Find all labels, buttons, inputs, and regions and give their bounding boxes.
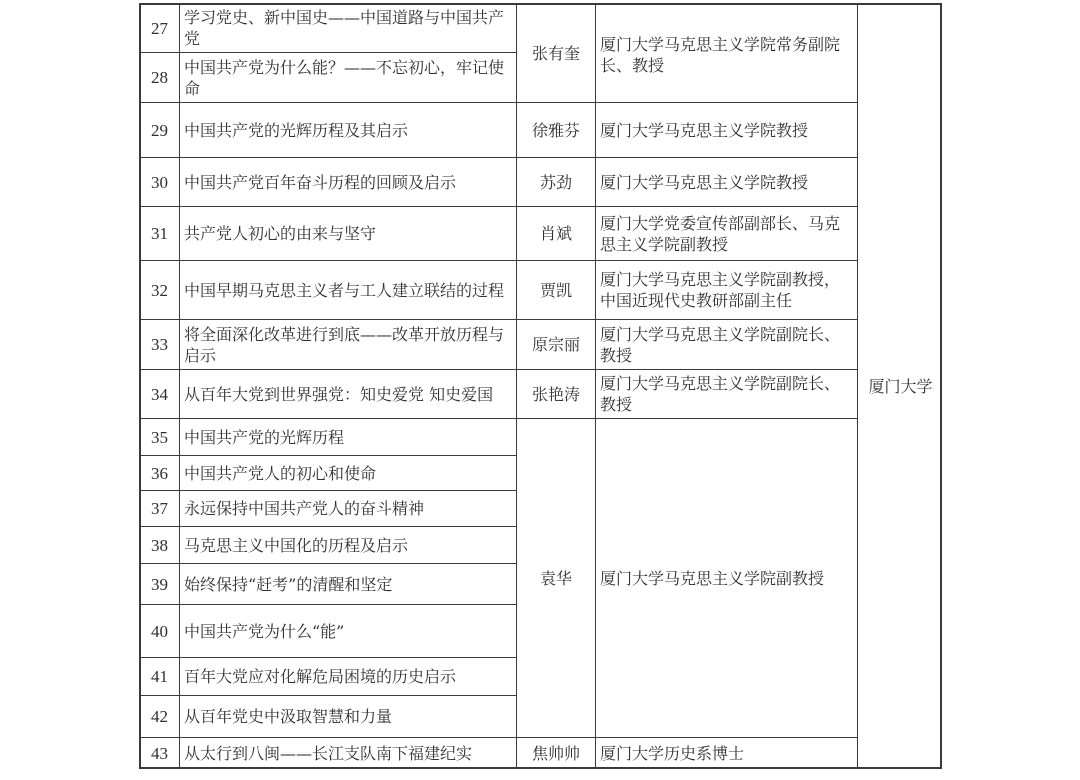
row-number-text: 28 bbox=[151, 67, 168, 88]
speaker-name-text: 徐雅芬 bbox=[532, 120, 580, 141]
speaker-name-xiao-bin: 肖斌 bbox=[516, 206, 596, 261]
row-number-text: 27 bbox=[151, 18, 168, 39]
speaker-affiliation-yuan-zongli: 厦门大学马克思主义学院副院长、教授 bbox=[595, 319, 858, 370]
affiliation-text: 厦门大学马克思主义学院副院长、教授 bbox=[600, 373, 853, 415]
lecture-title-text: 中国共产党人的初心和使命 bbox=[184, 463, 376, 484]
lecture-title-37: 永远保持中国共产党人的奋斗精神 bbox=[179, 490, 517, 527]
lecture-title-text: 中国共产党百年奋斗历程的回顾及启示 bbox=[184, 172, 456, 193]
lecture-title-text: 将全面深化改革进行到底——改革开放历程与启示 bbox=[184, 324, 512, 366]
speaker-affiliation-su-jin: 厦门大学马克思主义学院教授 bbox=[595, 157, 858, 207]
lecture-title-43: 从太行到八闽——长江支队南下福建纪实 bbox=[179, 737, 517, 769]
speaker-name-zhang-youkui: 张有奎 bbox=[516, 3, 596, 103]
row-number-34: 34 bbox=[139, 369, 180, 419]
row-number-text: 37 bbox=[151, 498, 168, 519]
lecture-title-text: 中国共产党的光辉历程及其启示 bbox=[184, 120, 408, 141]
lecture-title-text: 中国早期马克思主义者与工人建立联结的过程 bbox=[184, 280, 504, 301]
lecture-title-29: 中国共产党的光辉历程及其启示 bbox=[179, 102, 517, 158]
affiliation-text: 厦门大学马克思主义学院副教授，中国近现代史教研部副主任 bbox=[600, 269, 853, 311]
lecture-title-39: 始终保持“赶考”的清醒和坚定 bbox=[179, 563, 517, 605]
row-number-text: 32 bbox=[151, 280, 168, 301]
lecture-title-text: 从太行到八闽——长江支队南下福建纪实 bbox=[184, 743, 472, 764]
row-number-40: 40 bbox=[139, 604, 180, 658]
lecture-title-27: 学习党史、新中国史——中国道路与中国共产党 bbox=[179, 3, 517, 53]
affiliation-text: 厦门大学马克思主义学院常务副院长、教授 bbox=[600, 34, 853, 76]
speaker-affiliation-zhang-youkui: 厦门大学马克思主义学院常务副院长、教授 bbox=[595, 3, 858, 103]
lecture-title-text: 中国共产党为什么“能” bbox=[184, 621, 344, 642]
row-number-text: 41 bbox=[151, 666, 168, 687]
speaker-affiliation-yuan-hua: 厦门大学马克思主义学院副教授 bbox=[595, 418, 858, 738]
lecture-title-33: 将全面深化改革进行到底——改革开放历程与启示 bbox=[179, 319, 517, 370]
row-number-text: 40 bbox=[151, 621, 168, 642]
lecture-title-text: 共产党人初心的由来与坚守 bbox=[184, 223, 376, 244]
institution-cell: 厦门大学 bbox=[857, 3, 942, 769]
speaker-affiliation-jia-kai: 厦门大学马克思主义学院副教授，中国近现代史教研部副主任 bbox=[595, 260, 858, 320]
affiliation-text: 厦门大学历史系博士 bbox=[600, 743, 744, 764]
lecture-title-41: 百年大党应对化解危局困境的历史启示 bbox=[179, 657, 517, 696]
speaker-name-su-jin: 苏劲 bbox=[516, 157, 596, 207]
lecture-title-text: 从百年党史中汲取智慧和力量 bbox=[184, 706, 392, 727]
row-number-text: 34 bbox=[151, 384, 168, 405]
lecture-title-text: 从百年大党到世界强党：知史爱党 知史爱国 bbox=[184, 384, 493, 405]
lecture-title-text: 中国共产党为什么能？——不忘初心，牢记使命 bbox=[184, 57, 512, 99]
row-number-42: 42 bbox=[139, 695, 180, 738]
row-number-text: 43 bbox=[151, 743, 168, 764]
speaker-name-xu-yafen: 徐雅芬 bbox=[516, 102, 596, 158]
row-number-39: 39 bbox=[139, 563, 180, 605]
row-number-text: 39 bbox=[151, 574, 168, 595]
speaker-name-text: 袁华 bbox=[540, 568, 572, 589]
affiliation-text: 厦门大学党委宣传部副部长、马克思主义学院副教授 bbox=[600, 213, 853, 255]
lecture-title-text: 永远保持中国共产党人的奋斗精神 bbox=[184, 498, 424, 519]
row-number-31: 31 bbox=[139, 206, 180, 261]
lecture-title-36: 中国共产党人的初心和使命 bbox=[179, 455, 517, 491]
row-number-38: 38 bbox=[139, 526, 180, 564]
speaker-name-jiao-shuaishuai: 焦帅帅 bbox=[516, 737, 596, 769]
row-number-text: 29 bbox=[151, 120, 168, 141]
speaker-name-text: 肖斌 bbox=[540, 223, 572, 244]
row-number-28: 28 bbox=[139, 52, 180, 103]
speaker-name-zhang-yantao: 张艳涛 bbox=[516, 369, 596, 419]
affiliation-text: 厦门大学马克思主义学院教授 bbox=[600, 172, 808, 193]
speaker-name-jia-kai: 贾凯 bbox=[516, 260, 596, 320]
row-number-text: 30 bbox=[151, 172, 168, 193]
row-number-text: 35 bbox=[151, 427, 168, 448]
institution-text: 厦门大学 bbox=[868, 376, 932, 397]
lecture-title-31: 共产党人初心的由来与坚守 bbox=[179, 206, 517, 261]
row-number-27: 27 bbox=[139, 3, 180, 53]
row-number-35: 35 bbox=[139, 418, 180, 456]
row-number-30: 30 bbox=[139, 157, 180, 207]
speaker-name-text: 焦帅帅 bbox=[532, 743, 580, 764]
row-number-32: 32 bbox=[139, 260, 180, 320]
lecture-title-28: 中国共产党为什么能？——不忘初心，牢记使命 bbox=[179, 52, 517, 103]
speaker-affiliation-xu-yafen: 厦门大学马克思主义学院教授 bbox=[595, 102, 858, 158]
row-number-text: 36 bbox=[151, 463, 168, 484]
row-number-text: 31 bbox=[151, 223, 168, 244]
lecture-title-35: 中国共产党的光辉历程 bbox=[179, 418, 517, 456]
row-number-37: 37 bbox=[139, 490, 180, 527]
lecture-title-34: 从百年大党到世界强党：知史爱党 知史爱国 bbox=[179, 369, 517, 419]
row-number-43: 43 bbox=[139, 737, 180, 769]
lecture-title-38: 马克思主义中国化的历程及启示 bbox=[179, 526, 517, 564]
speaker-name-text: 原宗丽 bbox=[532, 334, 580, 355]
speaker-name-text: 张有奎 bbox=[532, 43, 580, 64]
speaker-name-yuan-zongli: 原宗丽 bbox=[516, 319, 596, 370]
lecture-title-42: 从百年党史中汲取智慧和力量 bbox=[179, 695, 517, 738]
lecture-title-text: 中国共产党的光辉历程 bbox=[184, 427, 344, 448]
affiliation-text: 厦门大学马克思主义学院教授 bbox=[600, 120, 808, 141]
speaker-name-yuan-hua: 袁华 bbox=[516, 418, 596, 738]
lecture-title-text: 百年大党应对化解危局困境的历史启示 bbox=[184, 666, 456, 687]
affiliation-text: 厦门大学马克思主义学院副院长、教授 bbox=[600, 324, 853, 366]
row-number-text: 38 bbox=[151, 535, 168, 556]
row-number-29: 29 bbox=[139, 102, 180, 158]
affiliation-text: 厦门大学马克思主义学院副教授 bbox=[600, 568, 824, 589]
row-number-41: 41 bbox=[139, 657, 180, 696]
speaker-affiliation-xiao-bin: 厦门大学党委宣传部副部长、马克思主义学院副教授 bbox=[595, 206, 858, 261]
row-number-36: 36 bbox=[139, 455, 180, 491]
lecture-title-40: 中国共产党为什么“能” bbox=[179, 604, 517, 658]
lecture-title-32: 中国早期马克思主义者与工人建立联结的过程 bbox=[179, 260, 517, 320]
lecture-table: 27 28 29 30 31 32 33 34 35 36 37 38 39 4… bbox=[139, 3, 942, 769]
row-number-text: 42 bbox=[151, 706, 168, 727]
lecture-title-text: 马克思主义中国化的历程及启示 bbox=[184, 535, 408, 556]
speaker-name-text: 张艳涛 bbox=[532, 384, 580, 405]
row-number-text: 33 bbox=[151, 334, 168, 355]
speaker-affiliation-jiao-shuaishuai: 厦门大学历史系博士 bbox=[595, 737, 858, 769]
speaker-name-text: 贾凯 bbox=[540, 280, 572, 301]
lecture-title-text: 始终保持“赶考”的清醒和坚定 bbox=[184, 574, 392, 595]
lecture-title-30: 中国共产党百年奋斗历程的回顾及启示 bbox=[179, 157, 517, 207]
speaker-affiliation-zhang-yantao: 厦门大学马克思主义学院副院长、教授 bbox=[595, 369, 858, 419]
speaker-name-text: 苏劲 bbox=[540, 172, 572, 193]
row-number-33: 33 bbox=[139, 319, 180, 370]
lecture-title-text: 学习党史、新中国史——中国道路与中国共产党 bbox=[184, 7, 512, 49]
